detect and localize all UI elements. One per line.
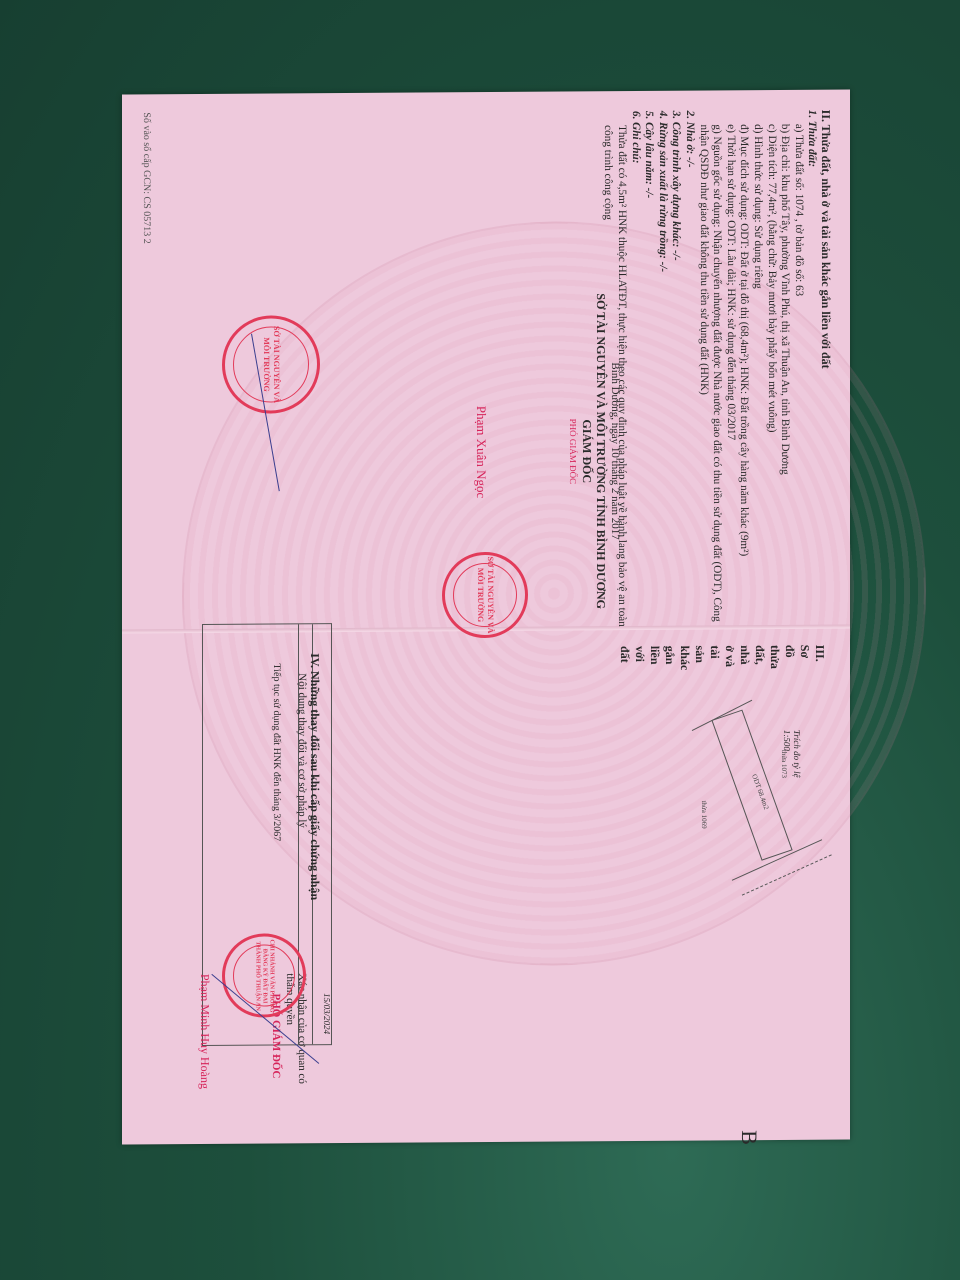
change-signer-name: Phạm Minh Huy Hoàng: [197, 974, 212, 1089]
stamp-center-text: SỞ TÀI NGUYÊN VÀ MÔI TRƯỜNG: [475, 555, 495, 635]
section-3-title: III. Sơ đồ thửa đất, nhà ở và tài sản kh…: [617, 645, 827, 671]
subheading-note: 6. Ghi chú:: [628, 111, 642, 641]
signer-sub-role: PHÓ GIÁM ĐỐC: [566, 271, 580, 631]
change-date: 15/03/2024: [322, 993, 332, 1034]
field-origin: g) Nguồn gốc sử dụng: Nhận chuyển nhượng…: [696, 110, 723, 640]
field-usage-form: d) Hình thức sử dụng: Sử dụng riêng: [750, 110, 764, 640]
north-arrow-label: B: [736, 1130, 762, 1145]
red-stamp-center: SỞ TÀI NGUYÊN VÀ MÔI TRƯỜNG: [442, 552, 528, 639]
section-4-col1: Nội dung thay đổi và cơ sở pháp lý: [296, 673, 308, 828]
subheading-land: 1. Thửa đất:: [805, 110, 819, 640]
subheading-forest: 4. Rừng sản xuất là rừng trồng: -/-: [655, 111, 669, 641]
change-content: Tiếp tục sử dụng đất HNK đến tháng 3/206…: [271, 663, 282, 841]
field-area: c) Diện tích: 77,4m², (bằng chữ: Bảy mươ…: [764, 110, 778, 640]
serial-number: Số vào sổ cấp GCN: CS 05713 2: [141, 112, 152, 243]
stamp-1-text: SỞ TÀI NGUYÊN VÀ MÔI TRƯỜNG: [261, 318, 281, 410]
section-2: II. Thửa đất, nhà ở và tài sản khác gắn …: [601, 110, 832, 642]
field-address: b) Địa chỉ: khu phố Tây, phường Vĩnh Phú…: [778, 110, 792, 640]
field-term: e) Thời hạn sử dụng: ODT: Lâu dài; HNK: …: [723, 110, 737, 640]
red-stamp-1: SỞ TÀI NGUYÊN VÀ MÔI TRƯỜNG: [222, 315, 320, 414]
svg-text:thửa 1073: thửa 1073: [780, 750, 788, 779]
field-parcel: a) Thửa đất số: 1074 , tờ bản đồ số: 63: [791, 110, 805, 640]
red-stamp-2: CHI NHÁNH VĂN PHÒNG ĐĂNG KÝ ĐẤT ĐAI THÀN…: [222, 933, 306, 1018]
subheading-trees: 5. Cây lâu năm: -/-: [642, 111, 656, 641]
certificate-paper: Số vào sổ cấp GCN: CS 05713 2 II. Thửa đ…: [122, 89, 850, 1144]
place-date: Bình Dương, ngày 10 tháng 2 năm 2017: [608, 271, 622, 631]
subheading-construction: 3. Công trình xây dựng khác: -/-: [669, 111, 683, 641]
section-4-title: IV. Những thay đổi sau khi cấp giấy chứn…: [307, 653, 322, 900]
field-purpose: đ) Mục đích sử dụng: ODT: Đất ở tại đô t…: [737, 110, 751, 640]
parcel-label: ODT 68.4m2: [750, 773, 770, 811]
svg-text:thửa 1069: thửa 1069: [700, 800, 708, 829]
parcel-map: ODT 68.4m2 thửa 1073 thửa 1069: [672, 690, 832, 911]
stamp-2-text: CHI NHÁNH VĂN PHÒNG ĐĂNG KÝ ĐẤT ĐAI THÀN…: [254, 936, 275, 1014]
subheading-house: 2. Nhà ở: -/-: [682, 111, 696, 641]
signer-role: GIÁM ĐỐC: [580, 271, 594, 631]
section-2-title: II. Thửa đất, nhà ở và tài sản khác gắn …: [818, 110, 832, 640]
issuing-org: SỞ TÀI NGUYÊN VÀ MÔI TRƯỜNG TỈNH BÌNH DƯ…: [594, 271, 608, 631]
